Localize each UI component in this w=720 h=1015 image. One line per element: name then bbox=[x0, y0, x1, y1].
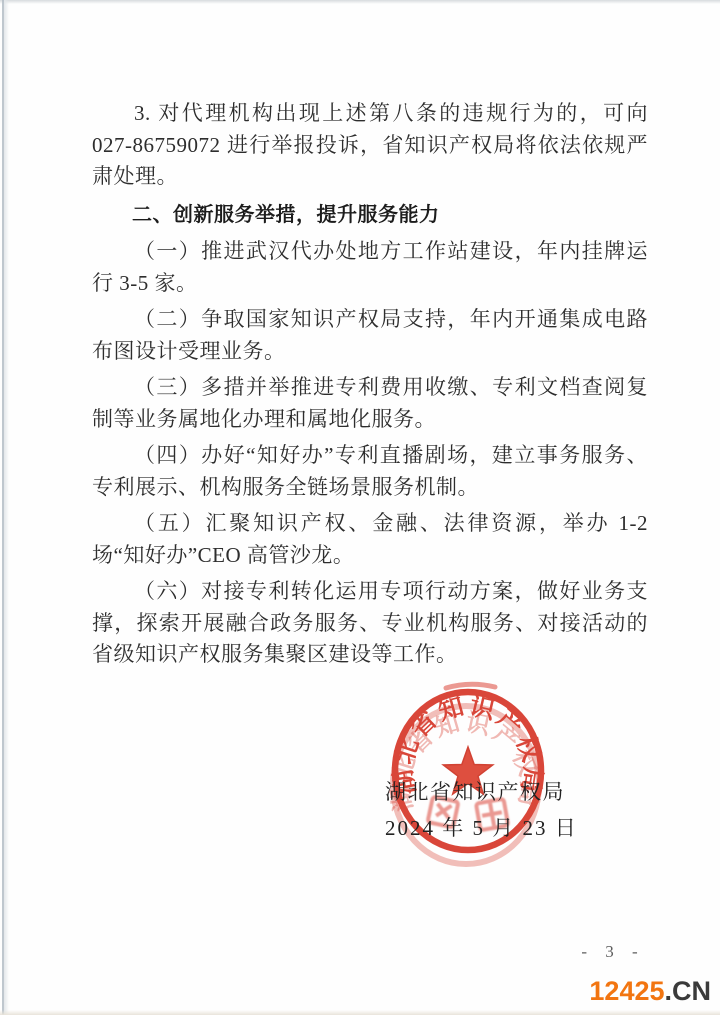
list-item: （二）争取国家知识产权局支持，年内开通集成电路布图设计受理业务。 bbox=[92, 304, 648, 367]
scan-edge-bottom bbox=[0, 1010, 720, 1015]
seal-top-smear bbox=[446, 684, 495, 688]
list-item: （五）汇聚知识产权、金融、法律资源，举办 1-2 场“知好办”CEO 高管沙龙。 bbox=[92, 508, 648, 571]
section-heading: 二、创新服务举措，提升服务能力 bbox=[92, 200, 648, 232]
document-body: 3. 对代理机构出现上述第八条的违规行为的，可向 027-86759072 进行… bbox=[92, 98, 648, 671]
signature-date: 2024 年 5 月 23 日 bbox=[385, 816, 578, 840]
scanned-document-page: 3. 对代理机构出现上述第八条的违规行为的，可向 027-86759072 进行… bbox=[0, 0, 720, 1015]
paragraph-report-clause: 3. 对代理机构出现上述第八条的违规行为的，可向 027-86759072 进行… bbox=[92, 98, 648, 193]
list-item: （六）对接专利转化运用专项行动方案，做好业务支撑，探索开展融合政务服务、专业机构… bbox=[92, 576, 648, 671]
watermark: 12425.CN bbox=[589, 976, 711, 1007]
watermark-suffix: .CN bbox=[665, 976, 712, 1006]
signature-organization: 湖北省知识产权局 bbox=[385, 780, 578, 804]
page-number: - 3 - bbox=[578, 942, 648, 962]
signature-block: 湖北省知识产权局 2024 年 5 月 23 日 bbox=[385, 780, 578, 840]
watermark-prefix: 12425 bbox=[589, 976, 664, 1006]
scan-edge-left-shadow bbox=[4, 0, 9, 1015]
list-item: （三）多措并举推进专利费用收缴、专利文档查阅复制等业务属地化办理和属地化服务。 bbox=[92, 372, 648, 435]
list-item: （一）推进武汉代办处地方工作站建设，年内挂牌运行 3-5 家。 bbox=[92, 236, 648, 299]
list-item: （四）办好“知好办”专利直播剧场，建立事务服务、专利展示、机构服务全链场景服务机… bbox=[92, 440, 648, 503]
scan-edge-top bbox=[0, 0, 720, 4]
